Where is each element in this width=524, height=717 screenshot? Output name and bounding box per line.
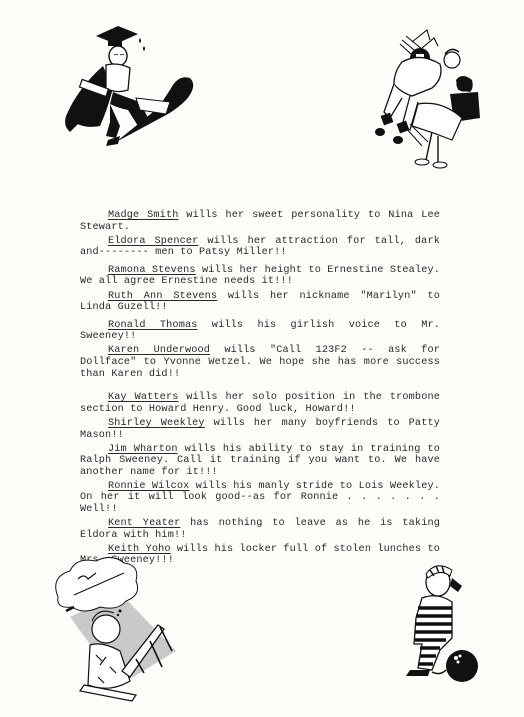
will-entry: Kent Yeater has nothing to leave as he i… xyxy=(80,518,440,541)
class-will-text: Madge Smith wills her sweet personality … xyxy=(80,210,440,570)
daydreaming-student-illustration xyxy=(40,555,180,705)
will-entry: Eldora Spencer wills her attraction for … xyxy=(80,236,440,259)
will-entry: Kay Watters wills her solo position in t… xyxy=(80,392,440,415)
student-name: Shirley Weekley xyxy=(108,418,205,429)
graduate-illustration xyxy=(58,18,213,158)
football-illustration xyxy=(372,22,502,170)
student-name: Madge Smith xyxy=(108,210,178,221)
will-entry: Jim Wharton wills his ability to stay in… xyxy=(80,444,440,479)
will-entry: Shirley Weekley wills her many boyfriend… xyxy=(80,418,440,441)
will-entry: Ramona Stevens wills her height to Ernes… xyxy=(80,265,440,288)
will-entry: Karen Underwood wills "Call 123F2 -- ask… xyxy=(80,345,440,380)
student-name: Jim Wharton xyxy=(108,444,178,455)
student-name: Kay Watters xyxy=(108,392,178,403)
will-entry: Ronnie Wilcox wills his manly stride to … xyxy=(80,481,440,516)
will-entry: Ronald Thomas wills his girlish voice to… xyxy=(80,320,440,343)
student-name: Eldora Spencer xyxy=(108,236,198,247)
student-name: Kent Yeater xyxy=(108,518,180,529)
student-name: Karen Underwood xyxy=(108,345,210,356)
prisoner-illustration xyxy=(400,558,495,690)
student-name: Ronald Thomas xyxy=(108,320,197,331)
will-entry: Madge Smith wills her sweet personality … xyxy=(80,210,440,233)
will-entry: Ruth Ann Stevens wills her nickname "Mar… xyxy=(80,291,440,314)
student-name: Ronnie Wilcox xyxy=(108,481,189,492)
student-name: Keith Yoho xyxy=(108,544,171,555)
student-name: Ruth Ann Stevens xyxy=(108,291,217,302)
student-name: Ramona Stevens xyxy=(108,265,196,276)
